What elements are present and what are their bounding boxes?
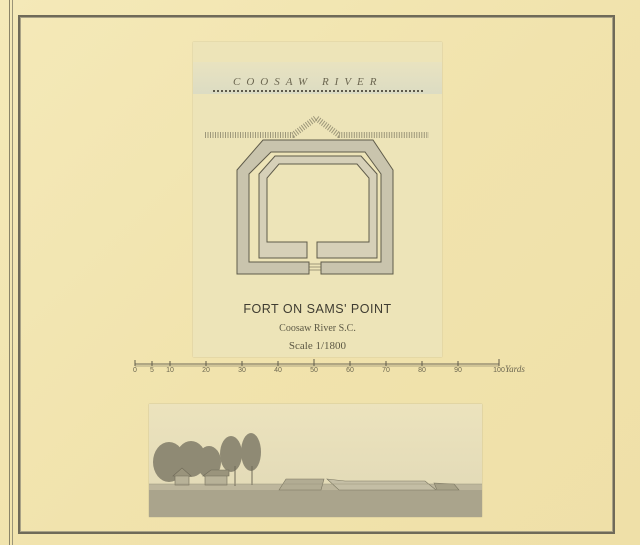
fort-plan-card: COOSAW RIVER FORT ON SAMS' POINT Coosaw … <box>193 42 442 357</box>
scale-tick: 50 <box>310 367 318 374</box>
scale-bar: 0 5 10 20 30 40 50 60 70 80 90 100 <box>133 358 503 372</box>
scale-unit-label: Yards <box>505 364 525 374</box>
fort-subtitle: Coosaw River S.C. <box>193 323 442 334</box>
scale-tick: 70 <box>382 367 390 374</box>
landscape-drawing <box>149 404 482 517</box>
scale-tick: 0 <box>133 367 137 374</box>
fort-scale-label: Scale 1/1800 <box>193 340 442 352</box>
scale-tick: 40 <box>274 367 282 374</box>
scale-tick: 5 <box>150 367 154 374</box>
scale-tick: 80 <box>418 367 426 374</box>
scale-tick: 30 <box>238 367 246 374</box>
scale-tick: 60 <box>346 367 354 374</box>
fort-perspective-view: Perspective view of earthwork fort with … <box>149 404 482 517</box>
view-caption: Perspective view of earthwork fort with … <box>149 404 150 405</box>
inner-parapet <box>259 156 377 258</box>
fort-title: FORT ON SAMS' POINT <box>193 302 442 316</box>
scale-tick: 10 <box>166 367 174 374</box>
map-sheet: COOSAW RIVER FORT ON SAMS' POINT Coosaw … <box>0 0 640 545</box>
margin-line <box>9 0 10 545</box>
scale-tick: 20 <box>202 367 210 374</box>
scale-tick: 100 <box>493 367 505 374</box>
scale-tick: 90 <box>454 367 462 374</box>
margin-line <box>12 0 13 545</box>
